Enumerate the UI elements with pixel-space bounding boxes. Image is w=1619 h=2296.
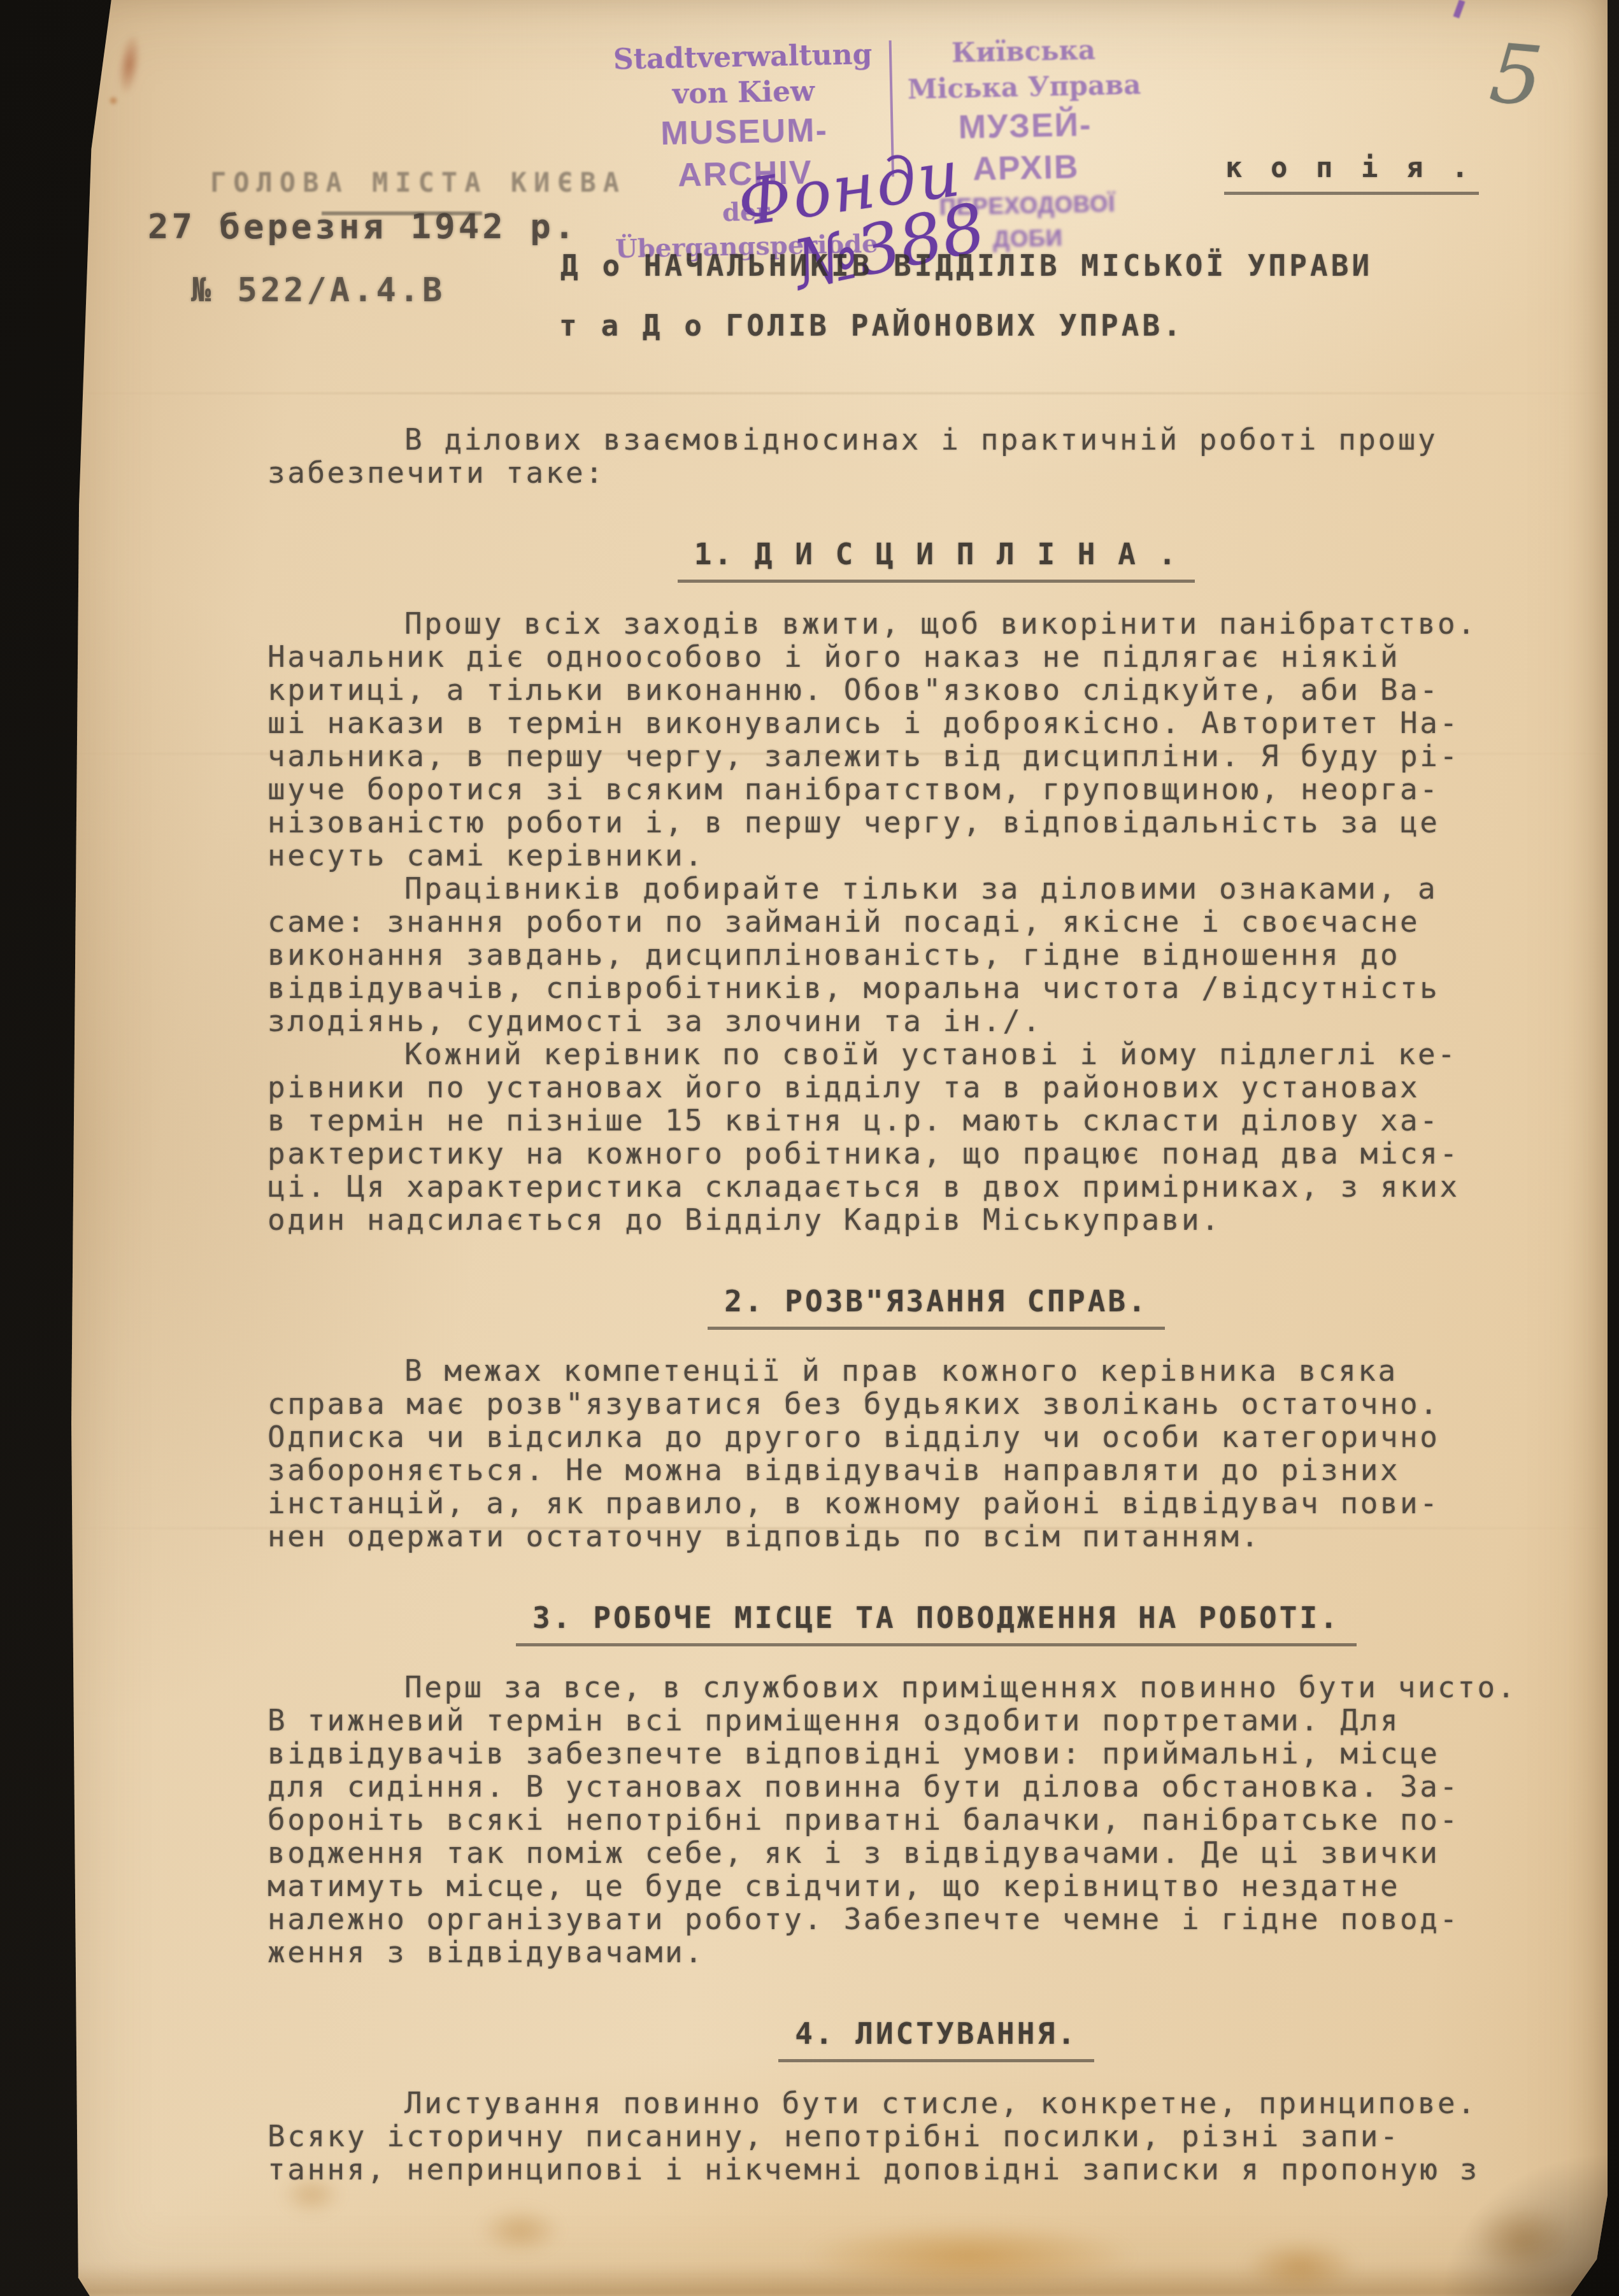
date-line: 27 березня 1942 р.: [148, 206, 578, 246]
stain: [479, 2207, 562, 2255]
text-line: Перш за все, в службових приміщеннях пов…: [267, 1671, 1605, 1704]
section-heading: 2. РОЗВ"ЯЗАННЯ СПРАВ.: [267, 1285, 1605, 1330]
section-heading-text: 4. ЛИСТУВАННЯ.: [778, 2017, 1094, 2062]
text-line: ження з відвідувачами.: [267, 1936, 1605, 1969]
text-line: Начальник діє одноособово і його наказ н…: [267, 640, 1605, 673]
text-line: водження так поміж себе, як і з відвідув…: [267, 1836, 1605, 1869]
text-line: шуче боротися зі всяким панібратством, г…: [267, 773, 1605, 806]
section-heading: 3. РОБОЧЕ МІСЦЕ ТА ПОВОДЖЕННЯ НА РОБОТІ.: [267, 1601, 1605, 1646]
text-line: справа має розв"язуватися без будьяких з…: [267, 1387, 1605, 1420]
stamp-line: Київська: [904, 31, 1143, 72]
text-line: Листування повинно бути стисле, конкретн…: [267, 2086, 1605, 2120]
text-line: забезпечити таке:: [267, 456, 1605, 489]
crease-line: [71, 392, 1608, 394]
text-line: Всяку історичну писанину, непотрібні пос…: [267, 2120, 1605, 2153]
text-line: несуть самі керівники.: [267, 839, 1605, 872]
text-line: В межах компетенції й прав кожного керів…: [267, 1354, 1605, 1387]
text-line: бороніть всякі непотрібні приватні балач…: [267, 1803, 1605, 1836]
text-line: Кожний керівник по своїй установі і йому…: [267, 1037, 1605, 1071]
page-number-pencil: 5: [1487, 26, 1546, 125]
text-line: один надсилається до Відділу Кадрів Місь…: [267, 1203, 1605, 1236]
section-heading: 1. Д И С Ц И П Л І Н А .: [267, 538, 1605, 583]
document-body: В ділових взаємовідносинах і практичній …: [267, 423, 1605, 2186]
section-heading-text: 1. Д И С Ц И П Л І Н А .: [678, 538, 1195, 583]
text-line: Працівників добирайте тільки за діловими…: [267, 872, 1605, 905]
text-line: матимуть місце, це буде свідчити, що кер…: [267, 1869, 1605, 1902]
text-line: злодіянь, судимості за злочини та ін./.: [267, 1004, 1605, 1037]
text-line: належно організувати роботу. Забезпечте …: [267, 1902, 1605, 1936]
text-line: саме: знання роботи по займаній посаді, …: [267, 905, 1605, 938]
copy-label: к о п і я .: [1224, 152, 1479, 195]
text-line: нен одержати остаточну відповідь по всім…: [267, 1520, 1605, 1553]
addressee-line-2: т а Д о ГОЛІВ РАЙОНОВИХ УПРАВ.: [559, 308, 1184, 343]
text-line: Прошу всіх заходів вжити, щоб викорінити…: [267, 607, 1605, 640]
text-line: ші накази в термін виконувались і доброя…: [267, 706, 1605, 739]
text-line: забороняється. Не можна відвідувачів нап…: [267, 1453, 1605, 1487]
stain: [108, 96, 118, 106]
text-line: критиці, а тільки виконанню. Обов"язково…: [267, 673, 1605, 706]
section-heading-text: 2. РОЗВ"ЯЗАННЯ СПРАВ.: [708, 1285, 1165, 1330]
stamp-line: von Kiew: [604, 73, 883, 114]
text-line: рактеристику на кожного робітника, що пр…: [267, 1137, 1605, 1170]
addressee-line-1: Д о НАЧАЛЬНИКІВ ВІДДІЛІВ МІСЬКОЇ УПРАВИ: [560, 248, 1373, 283]
text-line: тання, непринципові і нікчемні доповідні…: [267, 2153, 1605, 2186]
stain: [115, 32, 143, 96]
text-line: нізованістю роботи і, в першу чергу, від…: [267, 806, 1605, 839]
sender-letterhead: ГОЛОВА МІСТА КИЄВА: [210, 167, 626, 198]
text-line: відвідувачів, співробітників, моральна ч…: [267, 971, 1605, 1004]
text-line: ці. Ця характеристика складається в двох…: [267, 1170, 1605, 1203]
text-line: інстанцій, а, як правило, в кожному райо…: [267, 1487, 1605, 1520]
section-heading-text: 3. РОБОЧЕ МІСЦЕ ТА ПОВОДЖЕННЯ НА РОБОТІ.: [516, 1601, 1357, 1646]
text-line: для сидіння. В установах повинна бути ді…: [267, 1770, 1605, 1803]
section-heading: 4. ЛИСТУВАННЯ.: [267, 2017, 1605, 2062]
stain: [71, 2265, 1608, 2296]
text-line: В тижневий термін всі приміщення оздобит…: [267, 1704, 1605, 1737]
scanned-document: Stadtverwaltung von Kiew MUSEUM-ARCHIV d…: [0, 0, 1619, 2296]
text-line: чальника, в першу чергу, залежить від ди…: [267, 739, 1605, 773]
stamp-line: Міська Управа: [905, 67, 1144, 108]
text-line: Одписка чи відсилка до другого відділу ч…: [267, 1420, 1605, 1453]
text-line: в термін не пізніше 15 квітня ц.р. мають…: [267, 1104, 1605, 1137]
text-line: відвідувачів забезпечте відповідні умови…: [267, 1737, 1605, 1770]
text-line: В ділових взаємовідносинах і практичній …: [267, 423, 1605, 456]
stamp-line: Stadtverwaltung: [604, 37, 882, 78]
text-line: рівники по установах його відділу та в р…: [267, 1071, 1605, 1104]
ref-number: № 522/А.4.В: [191, 271, 445, 310]
text-line: виконання завдань, дисциплінованість, гі…: [267, 938, 1605, 971]
